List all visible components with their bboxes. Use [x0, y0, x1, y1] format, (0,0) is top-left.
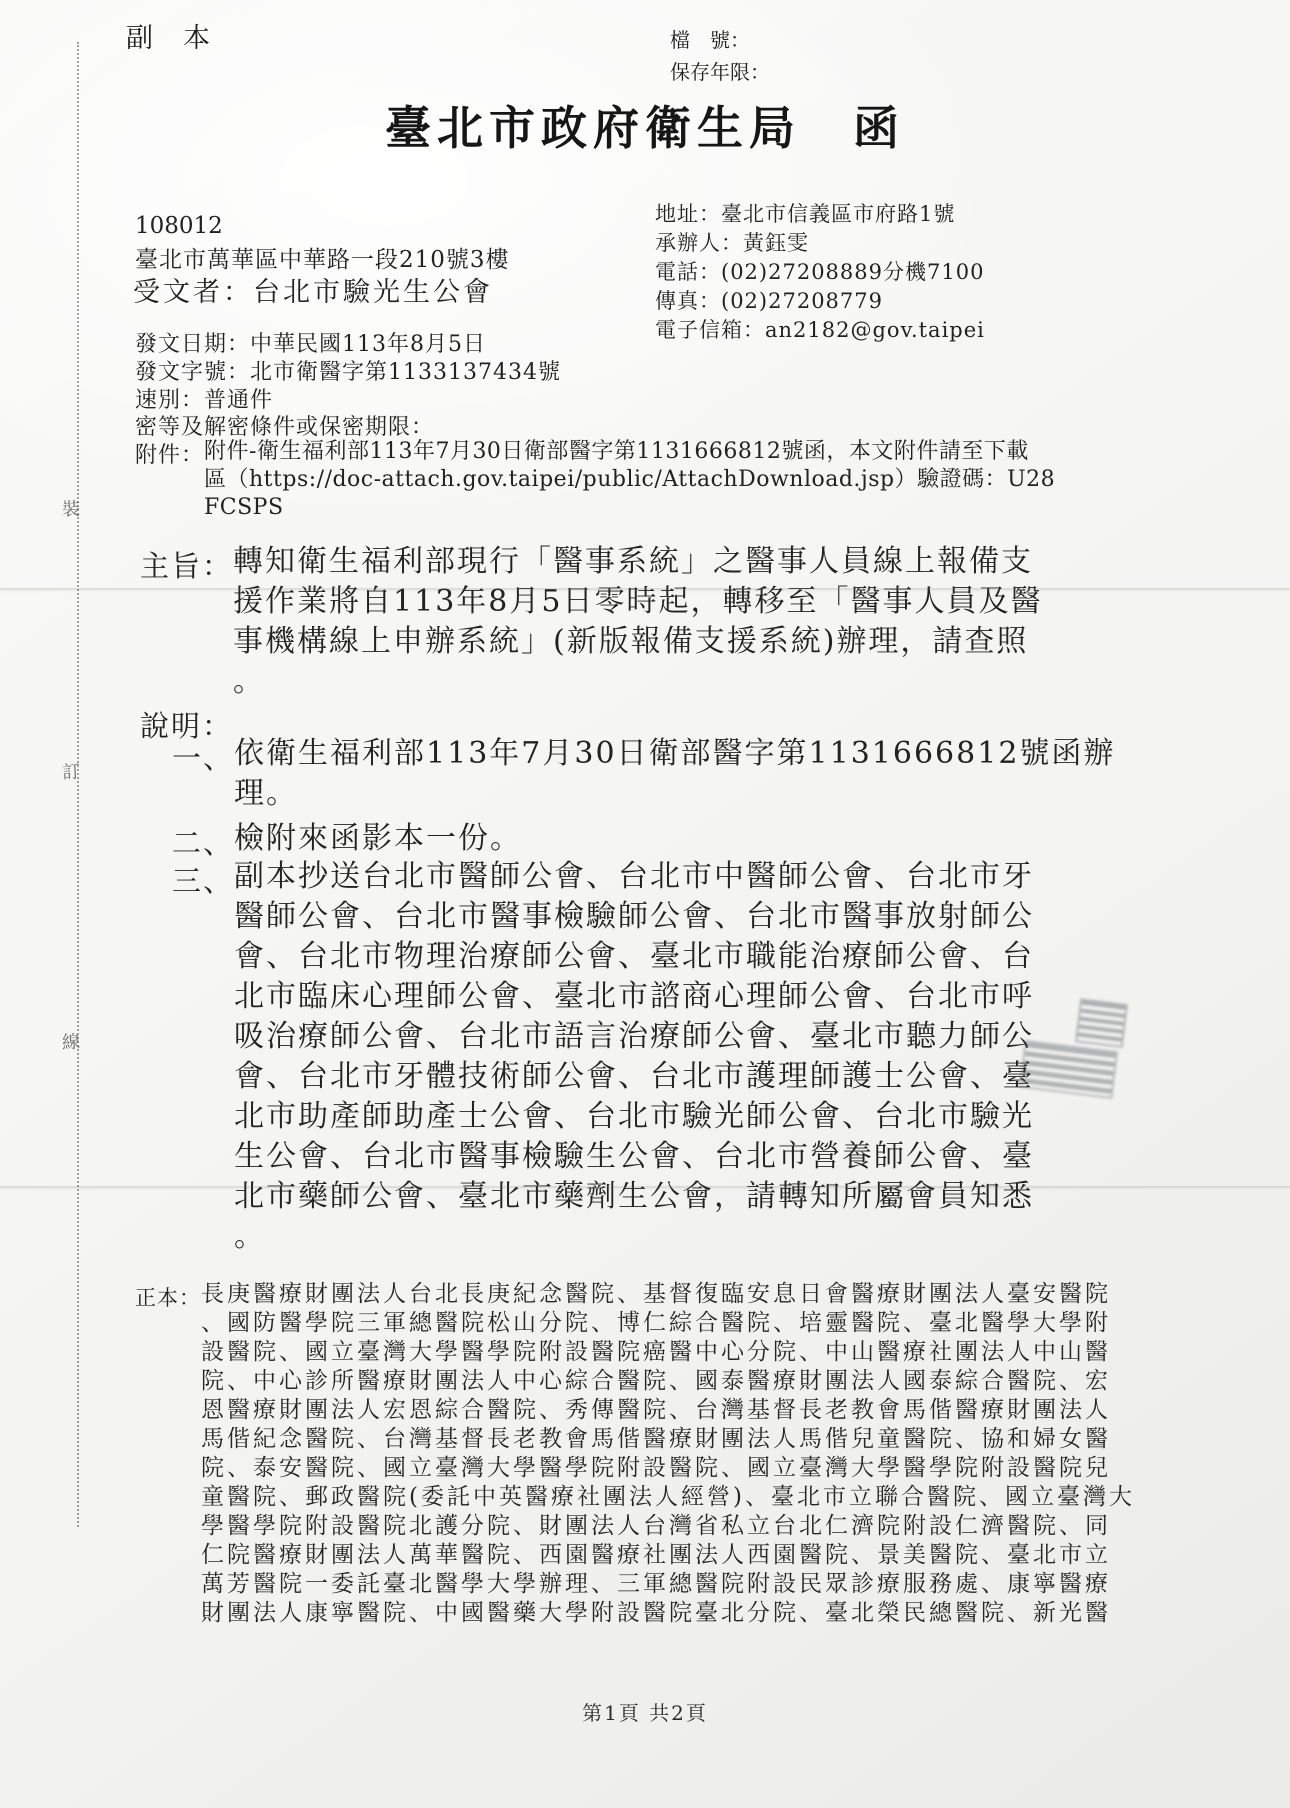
- text-line: 萬芳醫院一委託臺北醫學大學辦理、三軍總醫院附設民眾診療服務處、康寧醫療: [201, 1570, 1135, 1599]
- recipient-postal-code: 108012: [135, 213, 223, 239]
- text-line: 會、台北市牙體技術師公會、台北市護理師護士公會、臺: [234, 1057, 1034, 1097]
- attachment-block: 附件： 附件-衛生福利部113年7月30日衛部醫字第1131666812號函，本…: [135, 438, 1055, 522]
- item-text: 依衛生福利部113年7月30日衛部醫字第1131666812號函辦理。: [234, 734, 1115, 814]
- text-line: 副本抄送台北市醫師公會、台北市中醫師公會、台北市牙: [234, 857, 1034, 897]
- agency-contact-person: 承辦人：黃鈺雯: [655, 229, 985, 258]
- explanation-item-3: 三、 副本抄送台北市醫師公會、台北市中醫師公會、台北市牙醫師公會、台北市醫事檢驗…: [172, 857, 1034, 1257]
- binding-mark-ding: 訂: [61, 758, 80, 785]
- text-line: 醫師公會、台北市醫事檢驗師公會、台北市醫事放射師公: [234, 897, 1034, 937]
- text-line: 事機構線上申辦系統」(新版報備支援系統)辦理，請查照: [233, 622, 1042, 662]
- text-line: 轉知衛生福利部現行「醫事系統」之醫事人員線上報備支: [233, 542, 1042, 582]
- text-line: 北市臨床心理師公會、臺北市諮商心理師公會、台北市呼: [234, 977, 1034, 1017]
- text-line: 。: [233, 662, 1042, 702]
- subject-block: 主旨： 轉知衛生福利部現行「醫事系統」之醫事人員線上報備支援作業將自113年8月…: [140, 542, 1042, 702]
- copy-label: 副本: [126, 16, 240, 55]
- subject-label: 主旨：: [140, 542, 233, 585]
- text-line: 理。: [234, 774, 1115, 814]
- stamp-fragment: [1077, 1001, 1126, 1046]
- binding-mark-zhuang: 裝: [61, 495, 80, 522]
- security-line: 密等及解密條件或保密期限：: [135, 410, 434, 441]
- original-copy-block: 正本： 長庚醫療財團法人台北長庚紀念醫院、基督復臨安息日會醫療財團法人臺安醫院、…: [135, 1280, 1135, 1628]
- text-line: 依衛生福利部113年7月30日衛部醫字第1131666812號函辦: [234, 734, 1115, 774]
- text-line: 會、台北市物理治療師公會、臺北市職能治療師公會、台: [234, 937, 1034, 977]
- text-line: 北市助產師助產士公會、台北市驗光師公會、台北市驗光: [234, 1097, 1034, 1137]
- text-line: 童醫院、郵政醫院(委託中英醫療社團法人經營)、臺北市立聯合醫院、國立臺灣大: [201, 1483, 1135, 1512]
- text-line: 生公會、台北市醫事檢驗生公會、台北市營養師公會、臺: [234, 1137, 1034, 1177]
- text-line: 。: [234, 1217, 1034, 1257]
- text-line: 長庚醫療財團法人台北長庚紀念醫院、基督復臨安息日會醫療財團法人臺安醫院: [201, 1280, 1135, 1309]
- text-line: 學醫學院附設醫院北護分院、財團法人台灣省私立台北仁濟院附設仁濟醫院、同: [201, 1512, 1135, 1541]
- item-text: 檢附來函影本一份。: [234, 819, 522, 859]
- attachment-label: 附件：: [135, 438, 204, 469]
- binding-mark-xian: 線: [61, 1028, 80, 1055]
- text-line: FCSPS: [204, 494, 1055, 522]
- text-line: 區（https://doc-attach.gov.taipei/public/A…: [204, 466, 1055, 494]
- text-line: 北市藥師公會、臺北市藥劑生公會，請轉知所屬會員知悉: [234, 1177, 1034, 1217]
- original-copy-text: 長庚醫療財團法人台北長庚紀念醫院、基督復臨安息日會醫療財團法人臺安醫院、國防醫學…: [201, 1280, 1135, 1628]
- text-line: 吸治療師公會、台北市語言治療師公會、臺北市聽力師公: [234, 1017, 1034, 1057]
- explanation-item-2: 二、 檢附來函影本一份。: [172, 819, 522, 862]
- text-line: 院、中心診所醫療財團法人中心綜合醫院、國泰醫療財團法人國泰綜合醫院、宏: [201, 1367, 1135, 1396]
- text-line: 財團法人康寧醫院、中國醫藥大學附設醫院臺北分院、臺北榮民總醫院、新光醫: [201, 1599, 1135, 1628]
- binding-dotted-line: [77, 42, 79, 1527]
- original-copy-label: 正本：: [135, 1280, 201, 1312]
- recipient-name-line: 受文者：台北市驗光生公會: [133, 270, 493, 309]
- file-number-label: 檔 號：: [670, 24, 750, 53]
- item-text: 副本抄送台北市醫師公會、台北市中醫師公會、台北市牙醫師公會、台北市醫事檢驗師公會…: [234, 857, 1034, 1257]
- text-line: 仁院醫療財團法人萬華醫院、西園醫療社團法人西園醫院、景美醫院、臺北市立: [201, 1541, 1135, 1570]
- text-line: 恩醫療財團法人宏恩綜合醫院、秀傳醫院、台灣基督長老教會馬偕醫療財團法人: [201, 1396, 1135, 1425]
- text-line: 、國防醫學院三軍總醫院松山分院、博仁綜合醫院、培靈醫院、臺北醫學大學附: [201, 1309, 1135, 1338]
- item-number: 三、: [172, 857, 234, 900]
- document-title: 臺北市政府衛生局 函: [0, 92, 1290, 158]
- retention-period-label: 保存年限：: [670, 56, 770, 85]
- item-number: 一、: [172, 734, 234, 777]
- paper-crease: [0, 1186, 1290, 1188]
- paper-crease: [0, 588, 1290, 590]
- agency-email: 電子信箱：an2182@gov.taipei: [655, 316, 985, 345]
- doc-number-line: 發文字號：北市衛醫字第1133137434號: [135, 355, 561, 386]
- text-line: 馬偕紀念醫院、台灣基督長老教會馬偕醫療財團法人馬偕兒童醫院、協和婦女醫: [201, 1425, 1135, 1454]
- explanation-item-1: 一、 依衛生福利部113年7月30日衛部醫字第1131666812號函辦理。: [172, 734, 1115, 814]
- page-number: 第1頁 共2頁: [0, 1697, 1290, 1726]
- issue-date-line: 發文日期：中華民國113年8月5日: [135, 327, 486, 358]
- text-line: 檢附來函影本一份。: [234, 819, 522, 859]
- agency-contact-block: 地址：臺北市信義區市府路1號 承辦人：黃鈺雯 電話：(02)27208889分機…: [655, 200, 985, 345]
- attachment-text: 附件-衛生福利部113年7月30日衛部醫字第1131666812號函，本文附件請…: [204, 438, 1055, 522]
- document-page: 裝 訂 線 副本 檔 號： 保存年限： 臺北市政府衛生局 函 108012 臺北…: [0, 0, 1290, 1808]
- subject-text: 轉知衛生福利部現行「醫事系統」之醫事人員線上報備支援作業將自113年8月5日零時…: [233, 542, 1042, 702]
- text-line: 院、泰安醫院、國立臺灣大學醫學院附設醫院、國立臺灣大學醫學院附設醫院兒: [201, 1454, 1135, 1483]
- agency-phone: 電話：(02)27208889分機7100: [655, 258, 985, 287]
- faint-stamp: [1020, 995, 1127, 1106]
- text-line: 附件-衛生福利部113年7月30日衛部醫字第1131666812號函，本文附件請…: [204, 438, 1055, 466]
- agency-fax: 傳真：(02)27208779: [655, 287, 985, 316]
- item-number: 二、: [172, 819, 234, 862]
- agency-address: 地址：臺北市信義區市府路1號: [655, 200, 985, 229]
- text-line: 設醫院、國立臺灣大學醫學院附設醫院癌醫中心分院、中山醫療社團法人中山醫: [201, 1338, 1135, 1367]
- stamp-fragment: [1021, 1042, 1116, 1097]
